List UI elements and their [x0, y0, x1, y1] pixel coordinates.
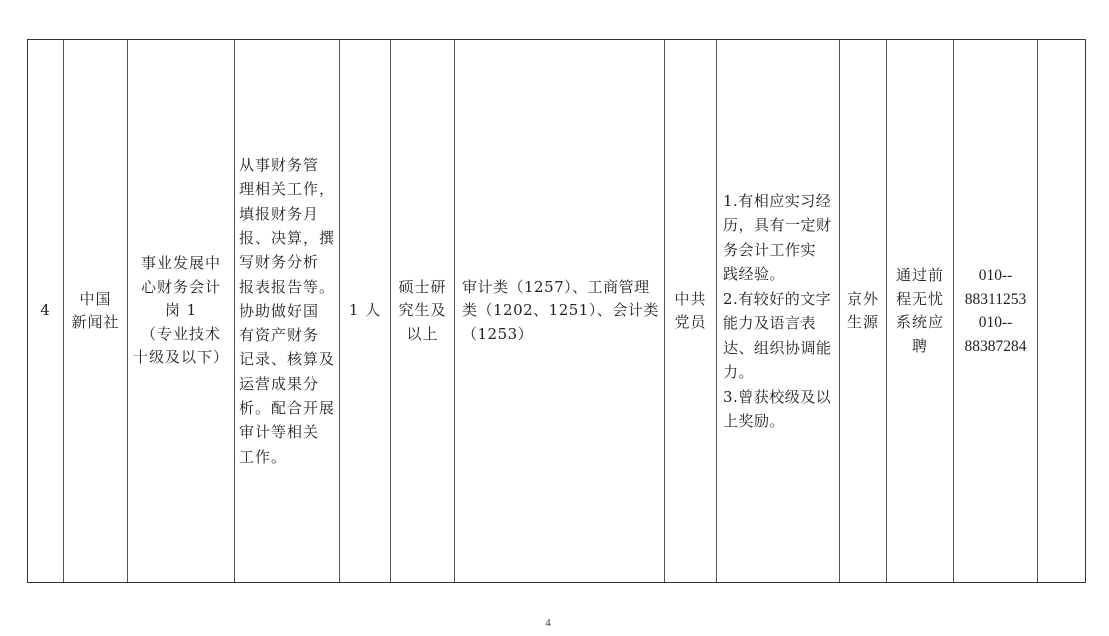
- cell-requirements: 1.有相应实习经 历，具有一定财 务会计工作实 践经验。 2.有较好的文字 能力…: [716, 40, 839, 582]
- duties-line: 填报财务月: [239, 202, 335, 226]
- requirement-line: 践经验。: [723, 262, 832, 287]
- requirement-line: 1.有相应实习经: [723, 189, 832, 214]
- requirement-line: 达、组织协调能: [723, 336, 832, 361]
- requirement-line: 能力及语言表: [723, 311, 832, 336]
- cell-remarks: [1037, 40, 1085, 582]
- method-line: 通过前: [896, 264, 944, 288]
- cell-education: 硕士研 究生及 以上: [390, 40, 454, 582]
- duties-line: 从事财务管: [239, 153, 335, 177]
- phone-line: 010--: [965, 264, 1027, 288]
- education-line: 究生及: [398, 299, 446, 323]
- origin-line: 生源: [847, 311, 879, 335]
- requirement-line: 务会计工作实: [723, 238, 832, 263]
- position-line: 事业发展中: [133, 252, 229, 276]
- cell-major: 审计类（1257）、工商管理 类（1202、1251）、会计类 （1253）: [454, 40, 664, 582]
- duties-line: 记录、核算及: [239, 347, 335, 371]
- cell-political-status: 中共 党员: [664, 40, 716, 582]
- duties-line: 析。配合开展: [239, 396, 335, 420]
- position-line: 十级及以下）: [133, 346, 229, 370]
- page-number: 4: [540, 617, 556, 629]
- cell-index: 4: [28, 40, 63, 582]
- cell-contact-phone: 010-- 88311253 010-- 88387284: [953, 40, 1037, 582]
- education-line: 硕士研: [398, 276, 446, 300]
- method-line: 系统应: [896, 311, 944, 335]
- cell-position: 事业发展中 心财务会计 岗 1 （专业技术 十级及以下）: [127, 40, 234, 582]
- row-index: 4: [40, 299, 51, 323]
- headcount: 1 人: [349, 299, 381, 323]
- duties-line: 报表报告等。: [239, 275, 335, 299]
- employer-line: 新闻社: [71, 311, 119, 335]
- education-line: 以上: [398, 323, 446, 347]
- duties-line: 运营成果分: [239, 372, 335, 396]
- requirement-line: 历，具有一定财: [723, 213, 832, 238]
- cell-employer: 中国 新闻社: [63, 40, 127, 582]
- cell-application-method: 通过前 程无忧 系统应 聘: [886, 40, 953, 582]
- employer-line: 中国: [71, 288, 119, 312]
- position-line: （专业技术: [133, 323, 229, 347]
- phone-line: 88311253: [965, 288, 1027, 312]
- requirement-line: 3.曾获校级及以: [723, 385, 832, 410]
- duties-line: 工作。: [239, 445, 335, 469]
- origin-line: 京外: [847, 288, 879, 312]
- phone-line: 88387284: [965, 335, 1027, 359]
- major-line: 审计类（1257）、工商管理: [462, 276, 659, 300]
- duties-line: 有资产财务: [239, 323, 335, 347]
- position-line: 岗 1: [133, 299, 229, 323]
- cell-duties: 从事财务管 理相关工作， 填报财务月 报、决算，撰 写财务分析 报表报告等。 协…: [234, 40, 339, 582]
- duties-line: 理相关工作，: [239, 177, 335, 201]
- method-line: 聘: [896, 335, 944, 359]
- requirement-line: 力。: [723, 360, 832, 385]
- requirement-line: 上奖励。: [723, 409, 832, 434]
- phone-line: 010--: [965, 311, 1027, 335]
- duties-line: 报、决算，撰: [239, 226, 335, 250]
- duties-line: 审计等相关: [239, 420, 335, 444]
- major-line: （1253）: [462, 323, 659, 347]
- duties-line: 协助做好国: [239, 299, 335, 323]
- duties-line: 写财务分析: [239, 250, 335, 274]
- political-line: 党员: [674, 311, 706, 335]
- cell-origin: 京外 生源: [839, 40, 886, 582]
- method-line: 程无忧: [896, 288, 944, 312]
- political-line: 中共: [674, 288, 706, 312]
- requirement-line: 2.有较好的文字: [723, 287, 832, 312]
- job-table: 4 中国 新闻社 事业发展中 心财务会计 岗 1 （专业技术 十级及以下） 从事…: [27, 39, 1086, 583]
- position-line: 心财务会计: [133, 276, 229, 300]
- major-line: 类（1202、1251）、会计类: [462, 299, 659, 323]
- cell-headcount: 1 人: [339, 40, 390, 582]
